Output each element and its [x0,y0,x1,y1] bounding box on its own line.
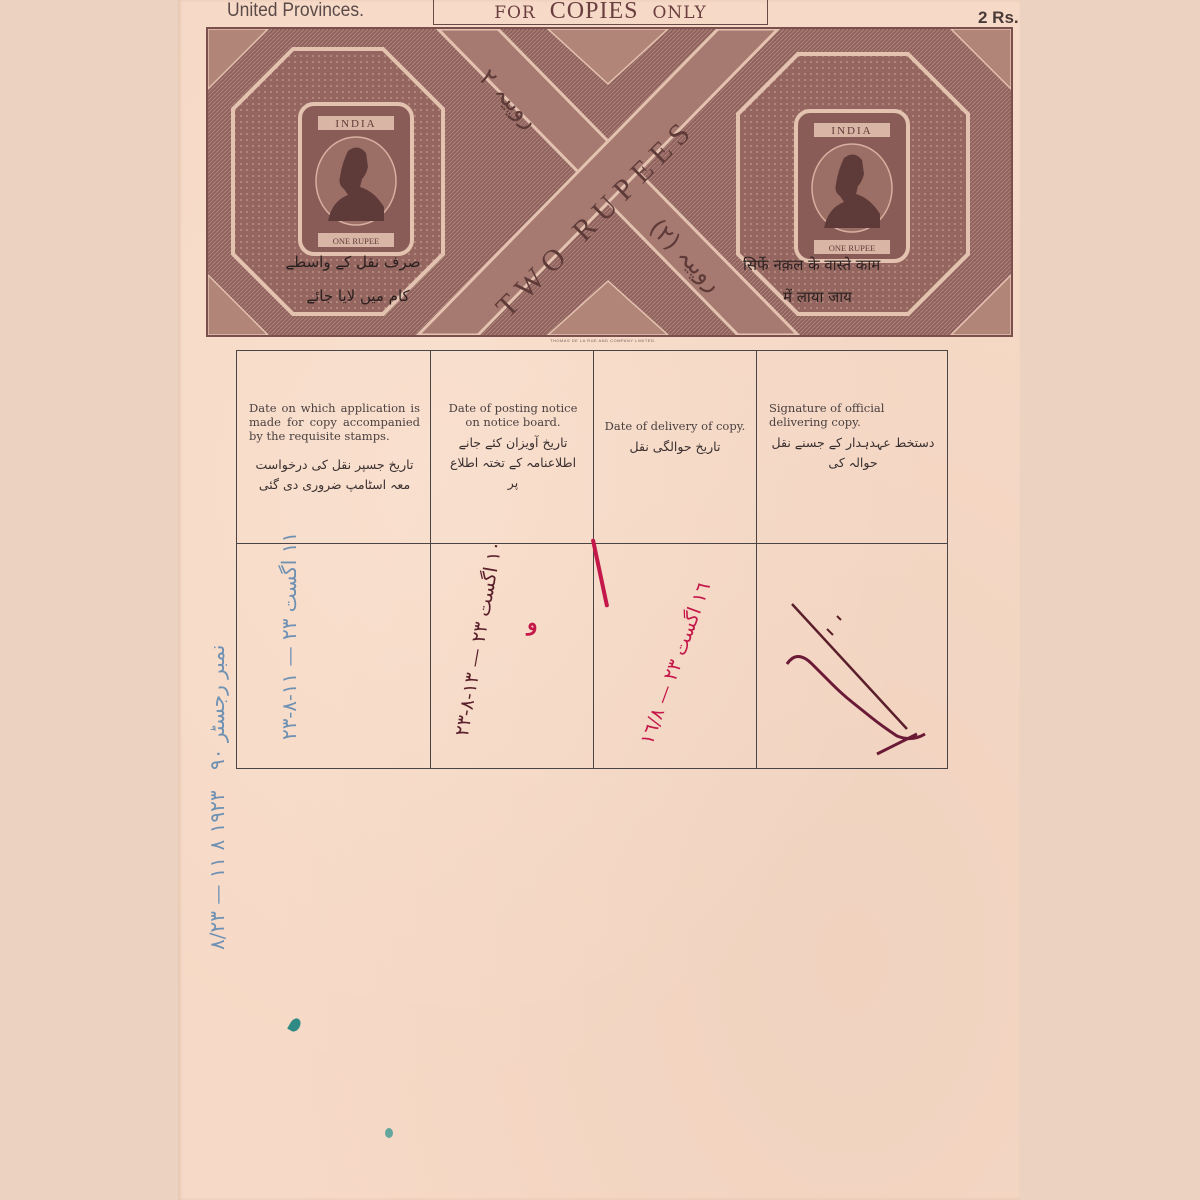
column-header-delivery-date: Date of delivery of copy. تاریخ حوالگی ن… [594,351,757,544]
signature-icon [757,544,947,768]
province-label: United Provinces. [227,0,364,22]
urdu-overprint-line-1: صرف نقل کے واسطے [278,253,428,271]
column-header-application-date: Date on which application is made for co… [237,351,431,544]
column-english: Date of posting notice on notice board. [443,401,583,429]
ink-blot-icon [385,1128,393,1138]
embossed-stamp: INDIA INDIA ONE RUPEE ONE RUPEE TWO RUPE… [206,27,1013,337]
banner-prefix: FOR [494,3,536,24]
margin-note-date: ١٩٢٣ ٨ ١١ — ٨/٢٣ [205,790,229,950]
banner-suffix: ONLY [652,3,706,24]
red-ink-mark-icon: ﻭ [527,610,538,636]
form-entry-row: ١١ اگست ۲۳ — ١١-٨-٢٣ ١٠ اگست ٢٣ — ١٣-٨-٢… [237,544,948,769]
column-english: Signature of official delivering copy. [769,401,937,429]
column-urdu: تاریخ آویزان کئے جانے اطلاعنامہ کے تختہ … [443,433,583,493]
copies-banner: FOR COPIES ONLY [433,0,768,25]
handwritten-entry: ١٦ اگست ٢٣ — ١٦/٨ [636,579,715,747]
handwritten-entry: ١١ اگست ۲۳ — ١١-٨-٢٣ [277,532,301,740]
hindi-overprint-line-1: सिर्फे नक़ल के वास्ते काम [743,255,880,275]
svg-text:INDIA: INDIA [831,125,872,137]
banner-main: COPIES [550,0,639,24]
entry-delivery-date[interactable]: ١٦ اگست ٢٣ — ١٦/٨ [594,544,757,769]
entry-official-signature[interactable] [757,544,948,769]
column-header-official-signature: Signature of official delivering copy. د… [757,351,948,544]
urdu-overprint-line-2: کام میں لایا جائے [283,287,433,305]
column-english: Date of delivery of copy. [598,419,752,433]
entry-notice-date[interactable]: ١٠ اگست ٢٣ — ١٣-٨-٢٣ ﻭ [431,544,594,769]
copy-register-form: Date on which application is made for co… [236,350,948,769]
svg-text:ONE RUPEE: ONE RUPEE [333,236,380,246]
svg-text:ONE RUPEE: ONE RUPEE [829,243,876,253]
form-header-row: Date on which application is made for co… [237,351,948,544]
column-urdu: تاریخ حوالگی نقل [598,437,752,457]
column-urdu: دستخط عہدہدار کے جسنے نقل حوالہ کی [769,433,937,473]
column-header-notice-date: Date of posting notice on notice board. … [431,351,594,544]
denomination-label: 2 Rs. [978,8,1019,28]
hindi-overprint-line-2: में लाया जाय [783,287,852,307]
entry-application-date[interactable]: ١١ اگست ۲۳ — ١١-٨-٢٣ [237,544,431,769]
svg-text:INDIA: INDIA [335,118,376,130]
red-ink-stroke-icon [591,538,609,607]
printer-imprint: THOMAS DE LA RUE AND COMPANY LIMITED. [550,338,656,343]
column-english: Date on which application is made for co… [249,401,420,443]
margin-note-register-number: نمبر رجسٹر ۹۰ [205,645,229,770]
column-urdu: تاریخ جسپر نقل کی درخواست معہ اسٹامپ ضرو… [249,455,420,495]
handwritten-entry: ١٠ اگست ٢٣ — ١٣-٨-٢٣ [451,539,507,738]
